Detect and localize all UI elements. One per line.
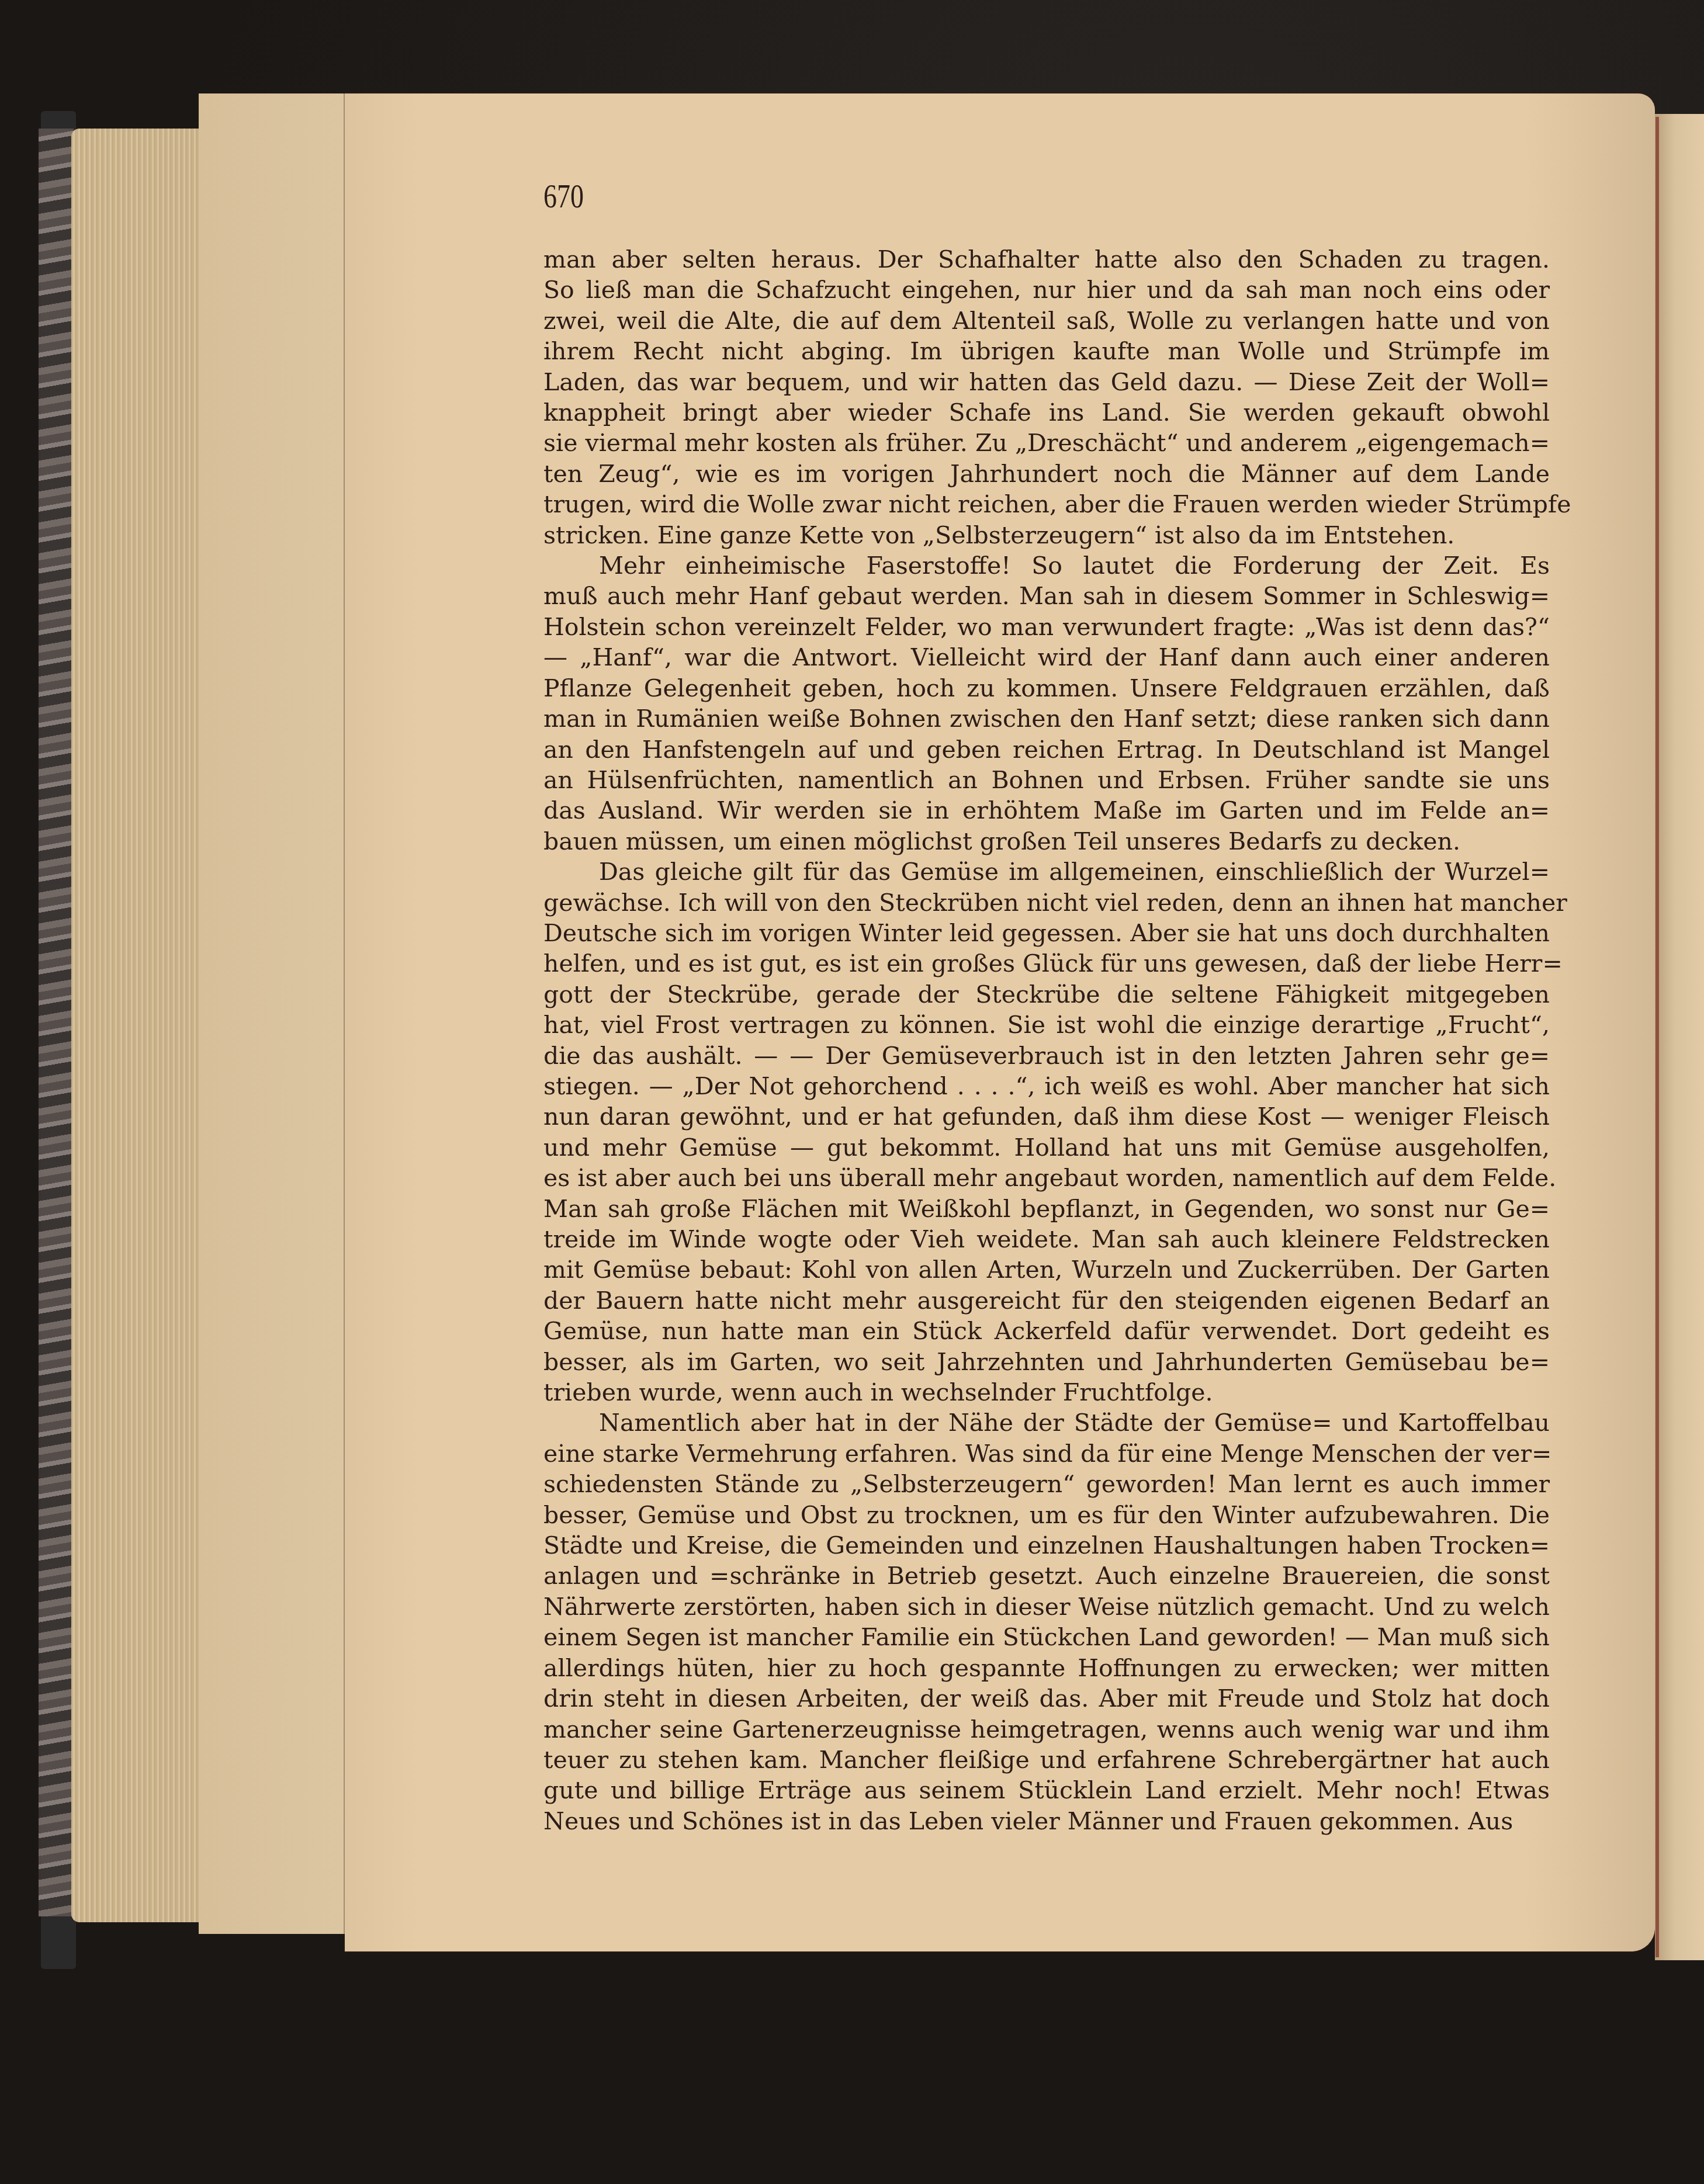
text-line: Neues und Schönes ist in das Leben viele… bbox=[543, 1806, 1550, 1836]
text-line: eine starke Vermehrung erfahren. Was sin… bbox=[543, 1438, 1550, 1469]
text-line: Städte und Kreise, die Gemeinden und ein… bbox=[543, 1530, 1550, 1561]
text-line: an Hülsenfrüchten, namentlich an Bohnen … bbox=[543, 765, 1550, 795]
text-line: man in Rumänien weiße Bohnen zwischen de… bbox=[543, 703, 1550, 734]
text-line: einem Segen ist mancher Familie ein Stüc… bbox=[543, 1622, 1550, 1652]
text-line: Pflanze Gelegenheit geben, hoch zu komme… bbox=[543, 673, 1550, 703]
text-line: mit Gemüse bebaut: Kohl von allen Arten,… bbox=[543, 1254, 1550, 1285]
text-line: trugen, wird die Wolle zwar nicht reiche… bbox=[543, 489, 1550, 519]
text-line: es ist aber auch bei uns überall mehr an… bbox=[543, 1163, 1550, 1193]
text-line: helfen, und es ist gut, es ist ein große… bbox=[543, 948, 1550, 979]
text-line: die das aushält. — — Der Gemüseverbrauch… bbox=[543, 1041, 1550, 1071]
text-line: mancher seine Gartenerzeugnisse heimgetr… bbox=[543, 1714, 1550, 1745]
marbled-endpaper-edge bbox=[39, 129, 74, 1916]
text-line: treide im Winde wogte oder Vieh weidete.… bbox=[543, 1224, 1550, 1254]
text-line: der Bauern hatte nicht mehr ausgereicht … bbox=[543, 1285, 1550, 1316]
text-line: Deutsche sich im vorigen Winter leid geg… bbox=[543, 918, 1550, 948]
gutter-binding-thread bbox=[1655, 117, 1659, 1957]
text-line: gott der Steckrübe, gerade der Steckrübe… bbox=[543, 979, 1550, 1010]
text-line: hat, viel Frost vertragen zu können. Sie… bbox=[543, 1010, 1550, 1040]
text-line: knappheit bringt aber wieder Schafe ins … bbox=[543, 397, 1550, 428]
text-line: muß auch mehr Hanf gebaut werden. Man sa… bbox=[543, 581, 1550, 611]
text-line: nun daran gewöhnt, und er hat gefunden, … bbox=[543, 1101, 1550, 1132]
paragraph: Mehr einheimische Faserstoffe! So lautet… bbox=[543, 550, 1550, 857]
facing-page-gutter bbox=[1655, 114, 1704, 1960]
text-line: allerdings hüten, hier zu hoch gespannte… bbox=[543, 1653, 1550, 1683]
text-line: drin steht in diesen Arbeiten, der weiß … bbox=[543, 1683, 1550, 1714]
text-line: anlagen und =schränke in Betrieb gesetzt… bbox=[543, 1561, 1550, 1591]
paragraph: man aber selten heraus. Der Schafhalter … bbox=[543, 244, 1550, 550]
text-line: stricken. Eine ganze Kette von „Selbster… bbox=[543, 520, 1550, 550]
text-line: Man sah große Flächen mit Weißkohl bepfl… bbox=[543, 1194, 1550, 1224]
text-line: bauen müssen, um einen möglichst großen … bbox=[543, 826, 1550, 857]
text-line: zwei, weil die Alte, die auf dem Altente… bbox=[543, 306, 1550, 336]
text-line: So ließ man die Schafzucht eingehen, nur… bbox=[543, 275, 1550, 305]
text-line: gewächse. Ich will von den Steckrüben ni… bbox=[543, 888, 1550, 918]
text-line: Namentlich aber hat in der Nähe der Städ… bbox=[543, 1408, 1550, 1438]
text-line: Gemüse, nun hatte man ein Stück Ackerfel… bbox=[543, 1316, 1550, 1346]
text-line: besser, Gemüse und Obst zu trocknen, um … bbox=[543, 1500, 1550, 1530]
text-line: besser, als im Garten, wo seit Jahrzehnt… bbox=[543, 1347, 1550, 1377]
text-line: sie viermal mehr kosten als früher. Zu „… bbox=[543, 428, 1550, 458]
text-line: trieben wurde, wenn auch in wechselnder … bbox=[543, 1377, 1550, 1408]
text-line: und mehr Gemüse — gut bekommt. Holland h… bbox=[543, 1132, 1550, 1163]
text-line: an den Hanfstengeln auf und geben reiche… bbox=[543, 734, 1550, 765]
page-stack-inner bbox=[199, 93, 345, 1934]
body-text: man aber selten heraus. Der Schafhalter … bbox=[543, 244, 1550, 1836]
text-line: ihrem Recht nicht abging. Im übrigen kau… bbox=[543, 336, 1550, 366]
paragraph: Das gleiche gilt für das Gemüse im allge… bbox=[543, 857, 1550, 1408]
text-line: Laden, das war bequem, und wir hatten da… bbox=[543, 367, 1550, 397]
text-line: ten Zeug“, wie es im vorigen Jahrhundert… bbox=[543, 459, 1550, 489]
text-line: das Ausland. Wir werden sie in erhöhtem … bbox=[543, 795, 1550, 826]
text-line: teuer zu stehen kam. Mancher fleißige un… bbox=[543, 1745, 1550, 1775]
text-line: — „Hanf“, war die Antwort. Vielleicht wi… bbox=[543, 642, 1550, 672]
text-line: man aber selten heraus. Der Schafhalter … bbox=[543, 244, 1550, 275]
paragraph: Namentlich aber hat in der Nähe der Städ… bbox=[543, 1408, 1550, 1836]
text-line: Das gleiche gilt für das Gemüse im allge… bbox=[543, 857, 1550, 887]
text-line: Mehr einheimische Faserstoffe! So lautet… bbox=[543, 550, 1550, 581]
text-line: stiegen. — „Der Not gehorchend . . . .“,… bbox=[543, 1071, 1550, 1101]
text-line: gute und billige Erträge aus seinem Stüc… bbox=[543, 1775, 1550, 1805]
text-line: Holstein schon vereinzelt Felder, wo man… bbox=[543, 612, 1550, 642]
text-line: Nährwerte zerstörten, haben sich in dies… bbox=[543, 1592, 1550, 1622]
text-line: schiedensten Stände zu „Selbsterzeugern“… bbox=[543, 1469, 1550, 1499]
page-number: 670 bbox=[543, 178, 584, 216]
